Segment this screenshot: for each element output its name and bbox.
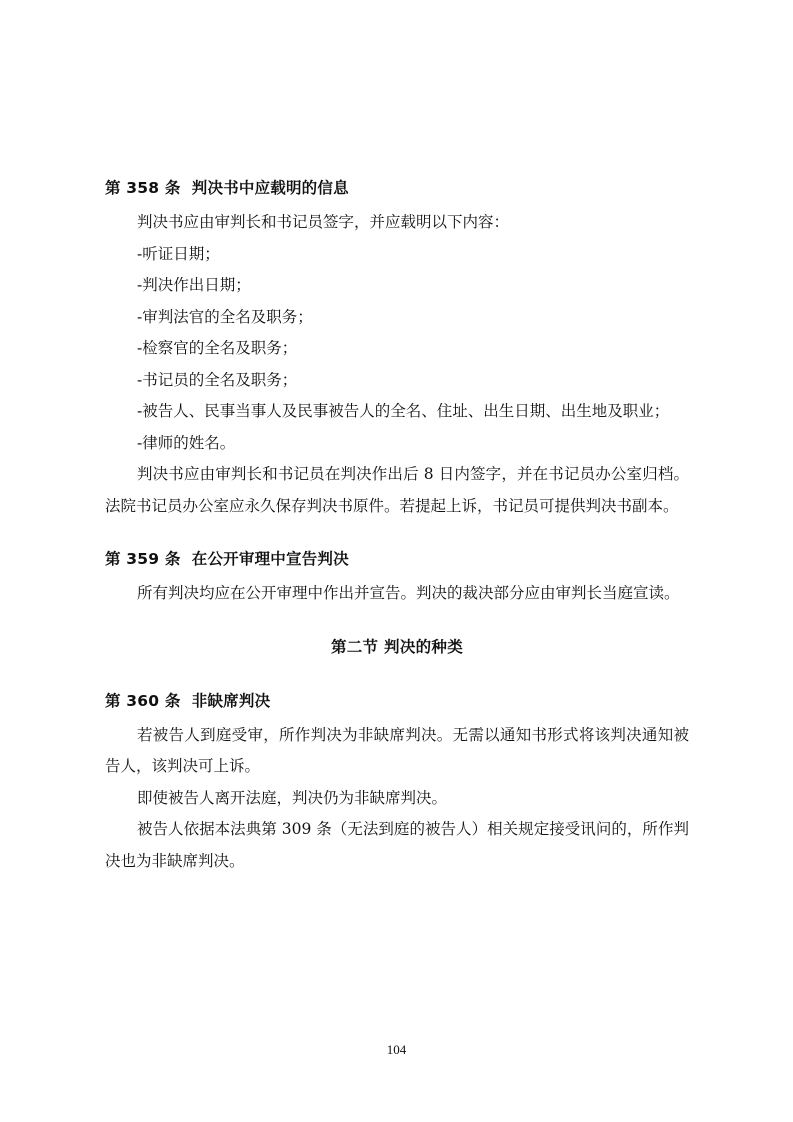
list-item: -被告人、民事当事人及民事被告人的全名、住址、出生日期、出生地及职业；: [105, 396, 689, 428]
article-360: 第 360 条 非缺席判决 若被告人到庭受审，所作判决为非缺席判决。无需以通知书…: [105, 688, 689, 878]
section-title: 第二节 判决的种类: [105, 634, 689, 660]
article-paragraph: 被告人依据本法典第 309 条（无法到庭的被告人）相关规定接受讯问的，所作判决也…: [105, 814, 689, 877]
list-item: -律师的姓名。: [105, 428, 689, 460]
article-title: 非缺席判决: [192, 692, 271, 710]
spacer: [105, 522, 689, 546]
article-title: 在公开审理中宣告判决: [192, 550, 349, 568]
article-title: 判决书中应载明的信息: [192, 179, 349, 197]
article-heading: 第 360 条 非缺席判决: [105, 688, 689, 714]
article-358: 第 358 条 判决书中应载明的信息 判决书应由审判长和书记员签字，并应载明以下…: [105, 175, 689, 522]
article-number: 第 358 条: [105, 179, 181, 197]
list-item: -审判法官的全名及职务；: [105, 302, 689, 334]
list-item: -书记员的全名及职务；: [105, 365, 689, 397]
article-number: 第 360 条: [105, 692, 181, 710]
list-item: -判决作出日期；: [105, 270, 689, 302]
article-heading: 第 358 条 判决书中应载明的信息: [105, 175, 689, 201]
list-item: -听证日期；: [105, 239, 689, 271]
article-heading: 第 359 条 在公开审理中宣告判决: [105, 546, 689, 572]
article-paragraph: 所有判决均应在公开审理中作出并宣告。判决的裁决部分应由审判长当庭宣读。: [105, 578, 689, 610]
article-paragraph: 若被告人到庭受审，所作判决为非缺席判决。无需以通知书形式将该判决通知被告人，该判…: [105, 720, 689, 783]
article-closing-paragraph: 判决书应由审判长和书记员在判决作出后 8 日内签字，并在书记员办公室归档。法院书…: [105, 459, 689, 522]
article-359: 第 359 条 在公开审理中宣告判决 所有判决均应在公开审理中作出并宣告。判决的…: [105, 546, 689, 610]
document-page: 第 358 条 判决书中应载明的信息 判决书应由审判长和书记员签字，并应载明以下…: [105, 175, 689, 877]
article-intro: 判决书应由审判长和书记员签字，并应载明以下内容：: [105, 207, 689, 239]
list-item: -检察官的全名及职务；: [105, 333, 689, 365]
page-number: 104: [0, 1042, 793, 1058]
article-number: 第 359 条: [105, 550, 181, 568]
article-paragraph: 即使被告人离开法庭，判决仍为非缺席判决。: [105, 783, 689, 815]
